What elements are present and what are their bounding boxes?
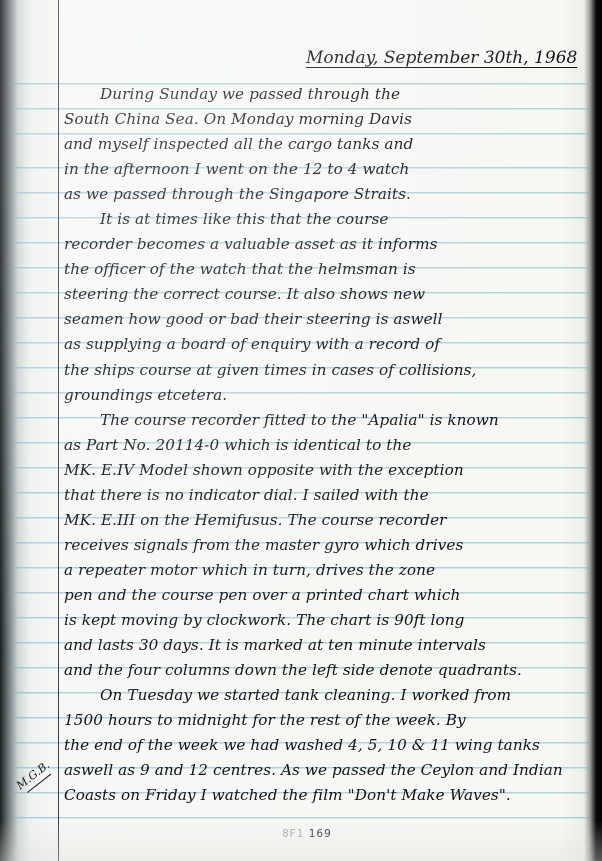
handwritten-line: The course recorder fitted to the "Apali… — [64, 408, 590, 433]
handwritten-line: South China Sea. On Monday morning Davis — [64, 107, 590, 132]
handwritten-line: Coasts on Friday I watched the film "Don… — [64, 783, 590, 808]
handwritten-line: in the afternoon I went on the 12 to 4 w… — [64, 157, 590, 182]
handwritten-line: recorder becomes a valuable asset as it … — [64, 232, 590, 257]
handwritten-line: seamen how good or bad their steering is… — [64, 307, 590, 332]
handwritten-line: groundings etcetera. — [64, 383, 590, 408]
handwritten-line: During Sunday we passed through the — [64, 82, 590, 107]
date-heading-text: Monday, September 30th, 1968 — [306, 48, 577, 68]
handwritten-line: the ships course at given times in cases… — [64, 358, 590, 383]
handwritten-line: the end of the week we had washed 4, 5, … — [64, 733, 590, 758]
date-heading: Monday, September 30th, 1968 — [306, 48, 566, 78]
handwritten-line: MK. E.III on the Hemifusus. The course r… — [64, 508, 590, 533]
handwritten-line: It is at times like this that the course — [64, 207, 590, 232]
handwritten-line: steering the correct course. It also sho… — [64, 282, 590, 307]
handwritten-line: is kept moving by clockwork. The chart i… — [64, 608, 590, 633]
reference-stamp-prefix: 8F1 — [282, 828, 304, 840]
handwritten-line: a repeater motor which in turn, drives t… — [64, 558, 590, 583]
handwritten-line: and myself inspected all the cargo tanks… — [64, 132, 590, 157]
handwritten-line: aswell as 9 and 12 centres. As we passed… — [64, 758, 590, 783]
handwritten-line: the officer of the watch that the helmsm… — [64, 257, 590, 282]
handwritten-line: pen and the course pen over a printed ch… — [64, 583, 590, 608]
handwritten-line: 1500 hours to midnight for the rest of t… — [64, 708, 590, 733]
handwritten-line: and lasts 30 days. It is marked at ten m… — [64, 633, 590, 658]
reference-stamp: 8F1 169 — [282, 828, 332, 840]
journal-entry-body: During Sunday we passed through theSouth… — [64, 82, 590, 808]
handwritten-line: receives signals from the master gyro wh… — [64, 533, 590, 558]
journal-page: Monday, September 30th, 1968 During Sund… — [0, 0, 602, 861]
handwritten-line: and the four columns down the left side … — [64, 658, 590, 683]
margin-line — [58, 0, 59, 861]
handwritten-line: as we passed through the Singapore Strai… — [64, 182, 590, 207]
reference-stamp-number: 169 — [309, 828, 332, 840]
handwritten-line: MK. E.IV Model shown opposite with the e… — [64, 458, 590, 483]
handwritten-line: that there is no indicator dial. I saile… — [64, 483, 590, 508]
handwritten-line: On Tuesday we started tank cleaning. I w… — [64, 683, 590, 708]
handwritten-line: as supplying a board of enquiry with a r… — [64, 332, 590, 357]
handwritten-line: as Part No. 20114-0 which is identical t… — [64, 433, 590, 458]
